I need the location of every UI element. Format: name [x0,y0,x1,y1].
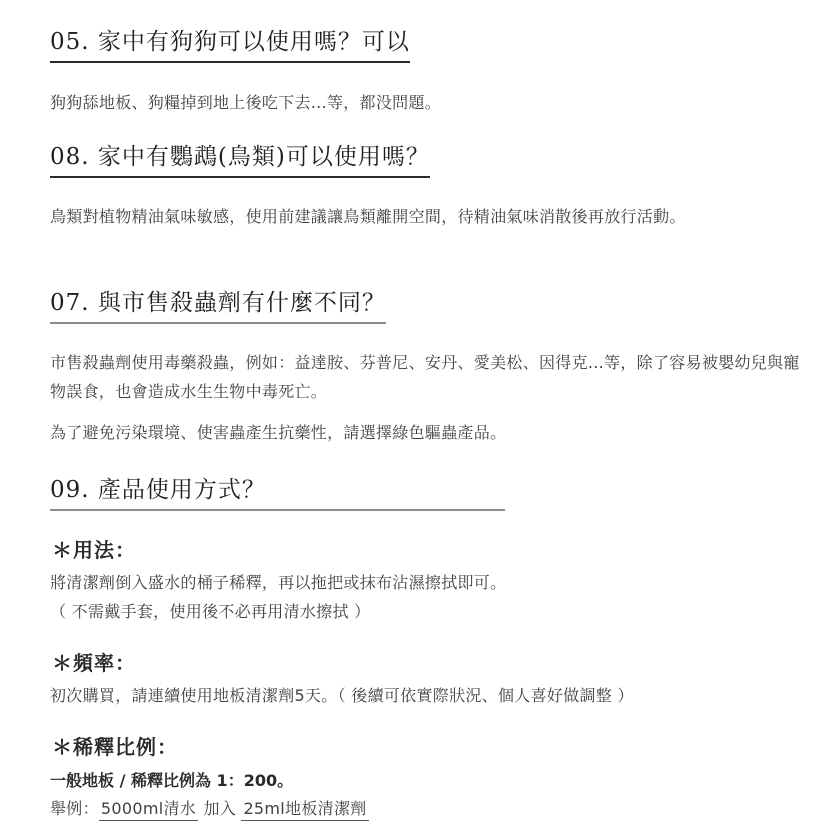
faq-answer-07-p1: 市售殺蟲劑使用毒藥殺蟲，例如：益達胺、芬普尼、安丹、愛美松、因得克...等，除了… [50,348,800,406]
usage-line-2: （ 不需戴手套，使用後不必再用清水擦拭 ） [50,597,800,626]
example-connector: 加入 [203,799,236,818]
usage-line-1: 將清潔劑倒入盛水的桶子稀釋，再以拖把或抹布沾濕擦拭即可。 [50,568,800,597]
faq-heading-07: 07. 與市售殺蟲劑有什麼不同？ [50,288,386,324]
example-prefix: 舉例： [50,799,99,818]
faq-heading-05: 05. 家中有狗狗可以使用嗎？可以 [50,27,410,63]
faq-answer-08: 鳥類對植物精油氣味敏感，使用前建議讓鳥類離開空間，待精油氣味消散後再放行活動。 [50,202,775,231]
faq-answer-07-p2: 為了避免污染環境、使害蟲產生抗藥性，請選擇綠色驅蟲產品。 [50,418,800,447]
faq-heading-08: 08. 家中有鸚鵡(鳥類)可以使用嗎？ [50,142,430,178]
frequency-line-1: 初次購買，請連續使用地板清潔劑5天。（ 後續可依實際狀況、個人喜好做調整 ） [50,681,800,710]
example-cleaner-amount: 25ml地板清潔劑 [241,799,368,821]
dilution-subheading: ＊稀釋比例： [52,731,178,760]
dilution-ratio: 一般地板 / 稀釋比例為 1：200。 [50,768,293,791]
usage-subheading: ＊用法： [52,534,136,563]
example-water-amount: 5000ml清水 [99,799,198,821]
faq-heading-09: 09. 產品使用方式？ [50,475,505,511]
frequency-subheading: ＊頻率： [52,647,136,676]
dilution-example: 舉例：5000ml清水 加入 25ml地板清潔劑 [50,794,800,823]
faq-answer-05: 狗狗舔地板、狗糧掉到地上後吃下去...等，都没問題。 [50,88,800,117]
